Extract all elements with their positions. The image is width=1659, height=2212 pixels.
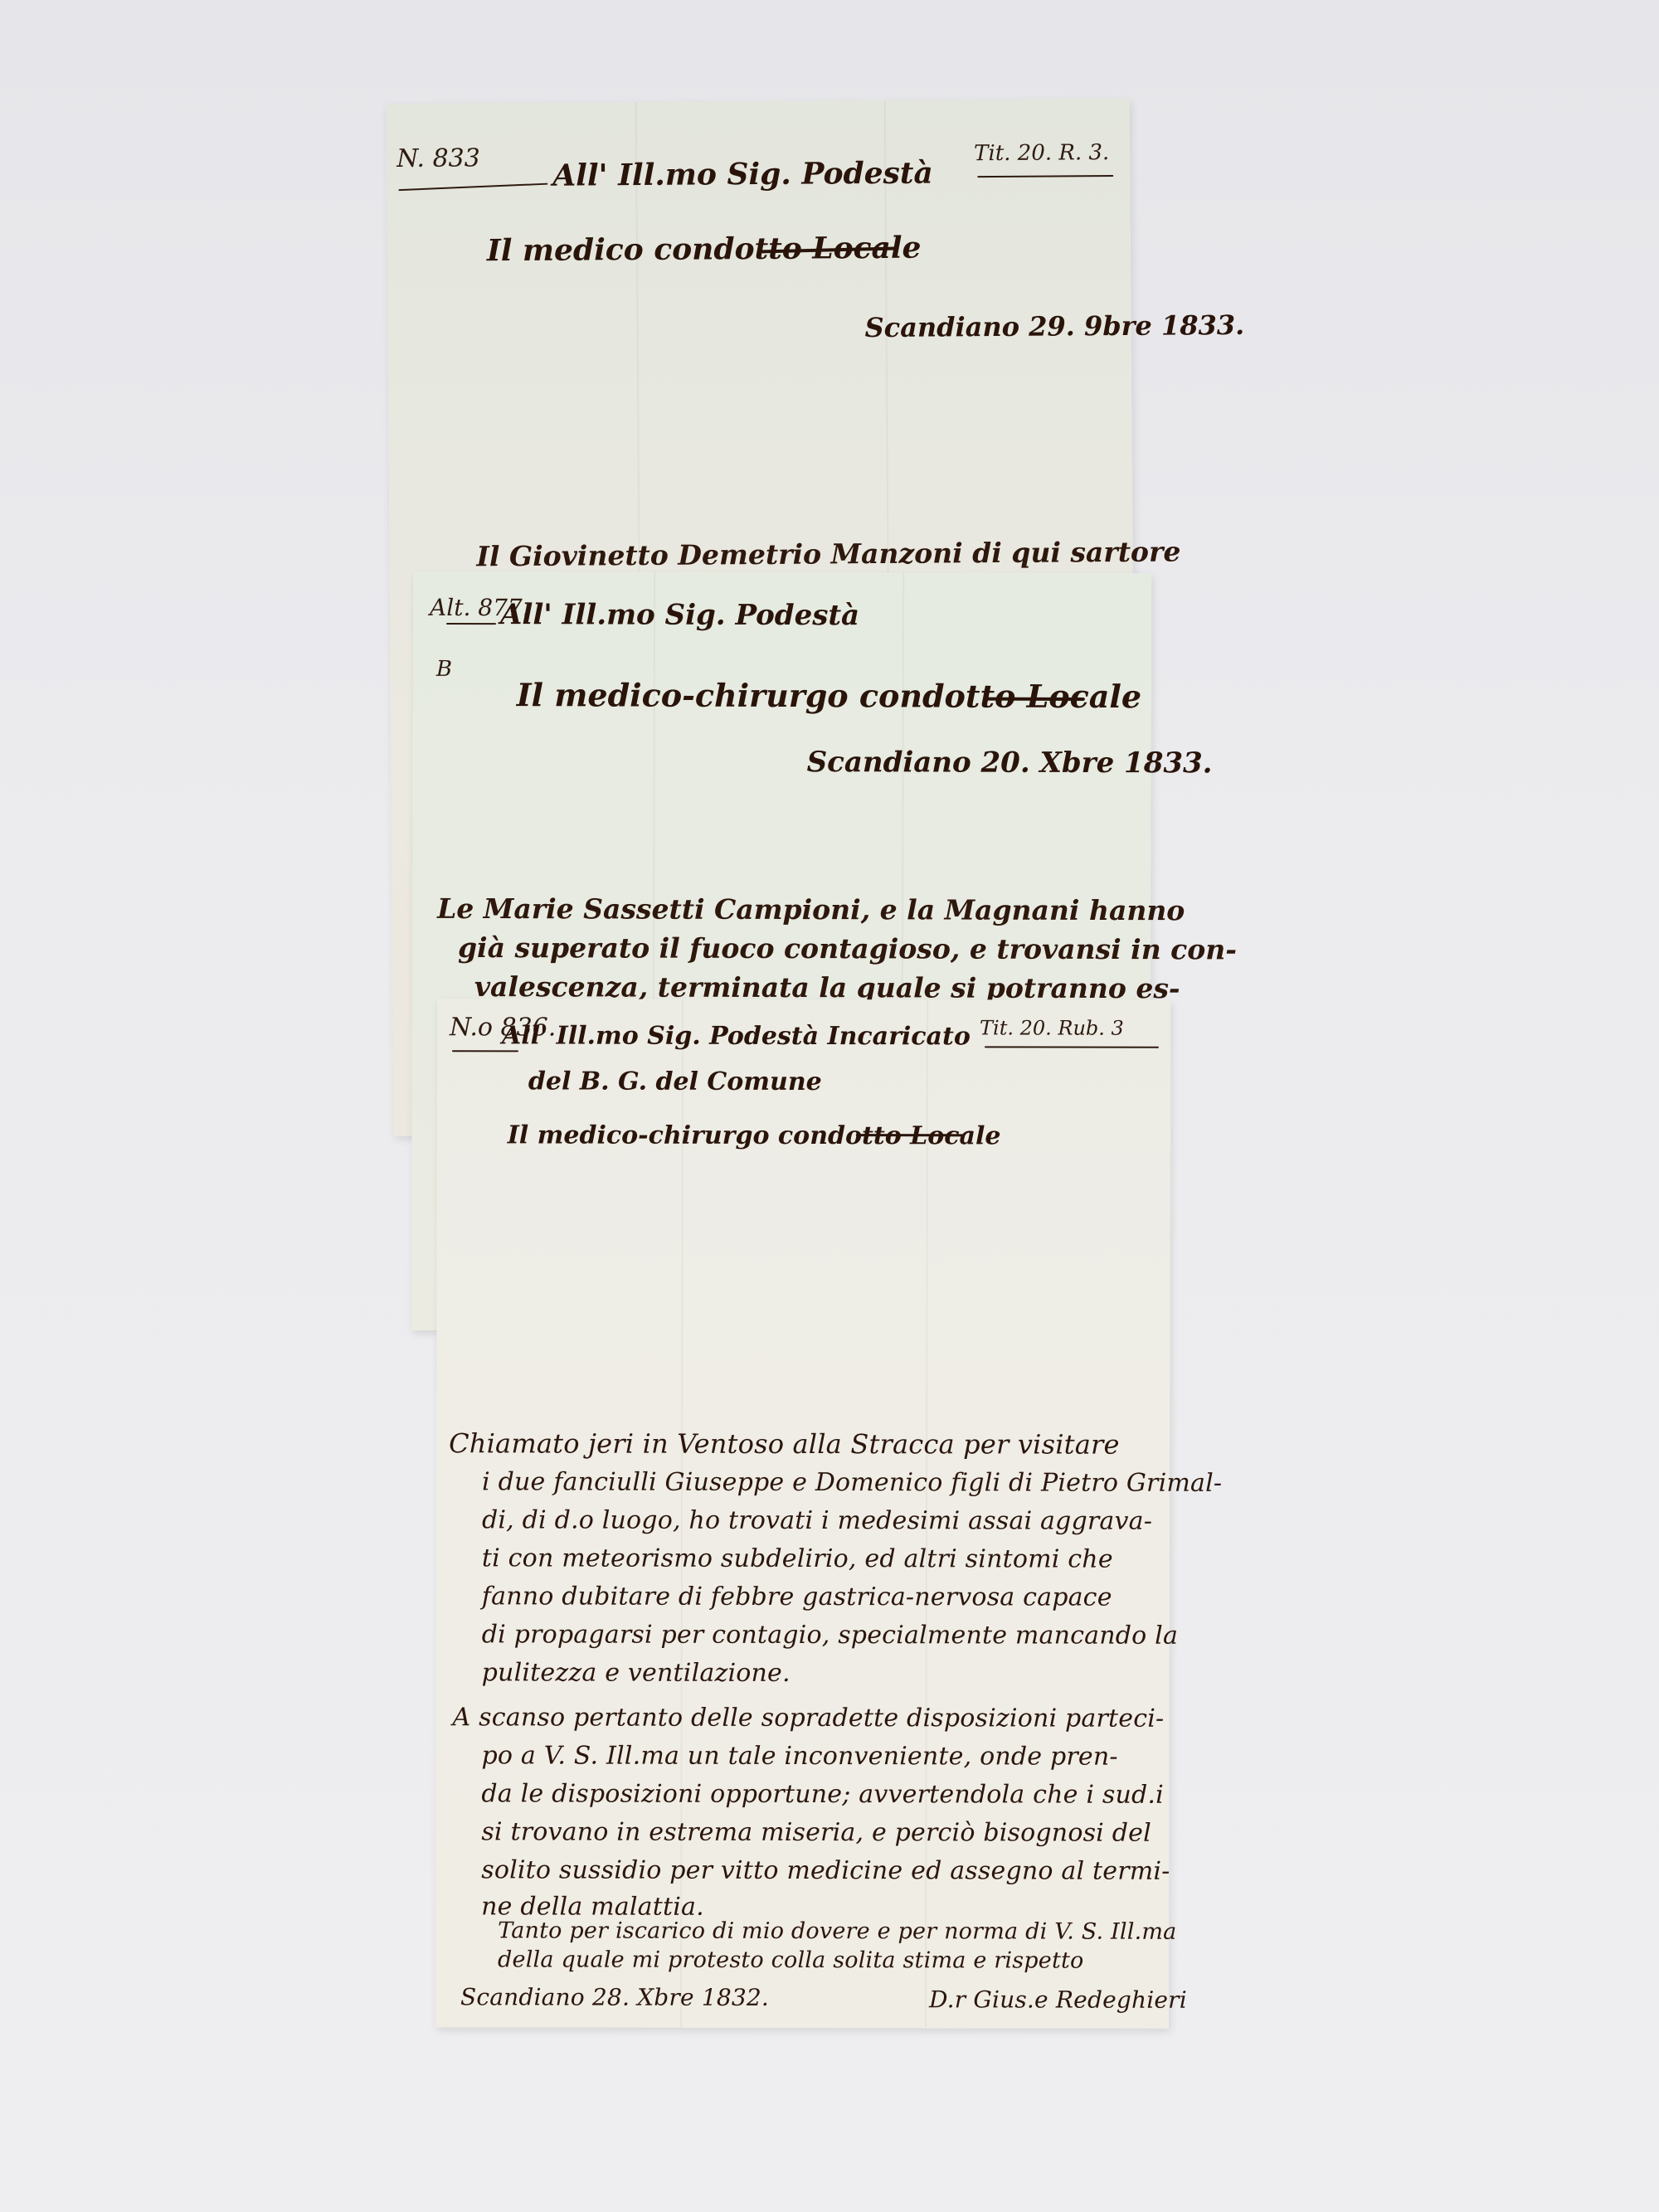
place-date: Scandiano 29. 9bre 1833. bbox=[864, 312, 1244, 341]
body-line: ne della malattia. bbox=[481, 1894, 704, 1919]
body-line: ti con meteorismo subdelirio, ed altri s… bbox=[482, 1546, 1113, 1572]
addressee: All' Ill.mo Sig. Podestà Incaricato bbox=[502, 1023, 971, 1049]
addressee: All' Ill.mo Sig. Podestà bbox=[500, 600, 859, 630]
place-date: Scandiano 20. Xbre 1833. bbox=[807, 748, 1213, 777]
addressee: All' Ill.mo Sig. Podestà bbox=[552, 158, 933, 191]
body-line: valescenza, terminata la quale si potran… bbox=[474, 973, 1180, 1002]
addressee-line2: del B. G. del Comune bbox=[528, 1069, 822, 1095]
body-line: i due fanciulli Giuseppe e Domenico figl… bbox=[482, 1470, 1222, 1496]
body-line: Il Giovinetto Demetrio Manzoni di qui sa… bbox=[476, 537, 1180, 570]
classification-underline bbox=[985, 1046, 1159, 1048]
body-line: solito sussidio per vitto medicine ed as… bbox=[481, 1858, 1170, 1884]
letter-836: N.o 836. All' Ill.mo Sig. Podestà Incari… bbox=[435, 999, 1170, 2029]
closing-line: della quale mi protesto colla solita sti… bbox=[498, 1948, 1084, 1971]
sender: Il medico-chirurgo condotto Locale bbox=[517, 679, 1141, 712]
classification-underline bbox=[977, 175, 1113, 177]
flourish-line bbox=[985, 698, 1085, 701]
body-line: già superato il fuoco contagioso, e trov… bbox=[458, 934, 1237, 963]
flourish-line bbox=[856, 1134, 964, 1136]
body-line: Le Marie Sassetti Campioni, e la Magnani… bbox=[437, 895, 1185, 924]
place-date: Scandiano 28. Xbre 1832. bbox=[460, 1986, 769, 2010]
reference-number: N. 833 bbox=[397, 146, 480, 172]
body-line: po a V. S. Ill.ma un tale inconveniente,… bbox=[481, 1743, 1117, 1769]
reference-underline bbox=[446, 623, 496, 625]
body-line: da le disposizioni opportune; avvertendo… bbox=[481, 1782, 1164, 1807]
body-line: di, di d.o luogo, ho trovati i medesimi … bbox=[482, 1508, 1152, 1534]
margin-mark: B bbox=[436, 659, 452, 680]
body-line: fanno dubitare di febbre gastrica-nervos… bbox=[482, 1584, 1112, 1610]
classification: Tit. 20. Rub. 3 bbox=[980, 1018, 1124, 1038]
reference-underline bbox=[398, 183, 547, 192]
classification: Tit. 20. R. 3. bbox=[974, 142, 1109, 164]
closing-line: Tanto per iscarico di mio dovere e per n… bbox=[498, 1919, 1176, 1942]
reference-underline bbox=[452, 1050, 518, 1052]
body-line: di propagarsi per contagio, specialmente… bbox=[482, 1622, 1178, 1648]
body-line: si trovano in estrema miseria, e perciò … bbox=[481, 1820, 1151, 1845]
body-line: pulitezza e ventilazione. bbox=[482, 1660, 791, 1686]
signature: D.r Gius.e Redeghieri bbox=[929, 1988, 1187, 2012]
body-line: A scanso pertanto delle sopradette dispo… bbox=[453, 1705, 1165, 1731]
body-line: Chiamato jeri in Ventoso alla Stracca pe… bbox=[449, 1430, 1120, 1457]
